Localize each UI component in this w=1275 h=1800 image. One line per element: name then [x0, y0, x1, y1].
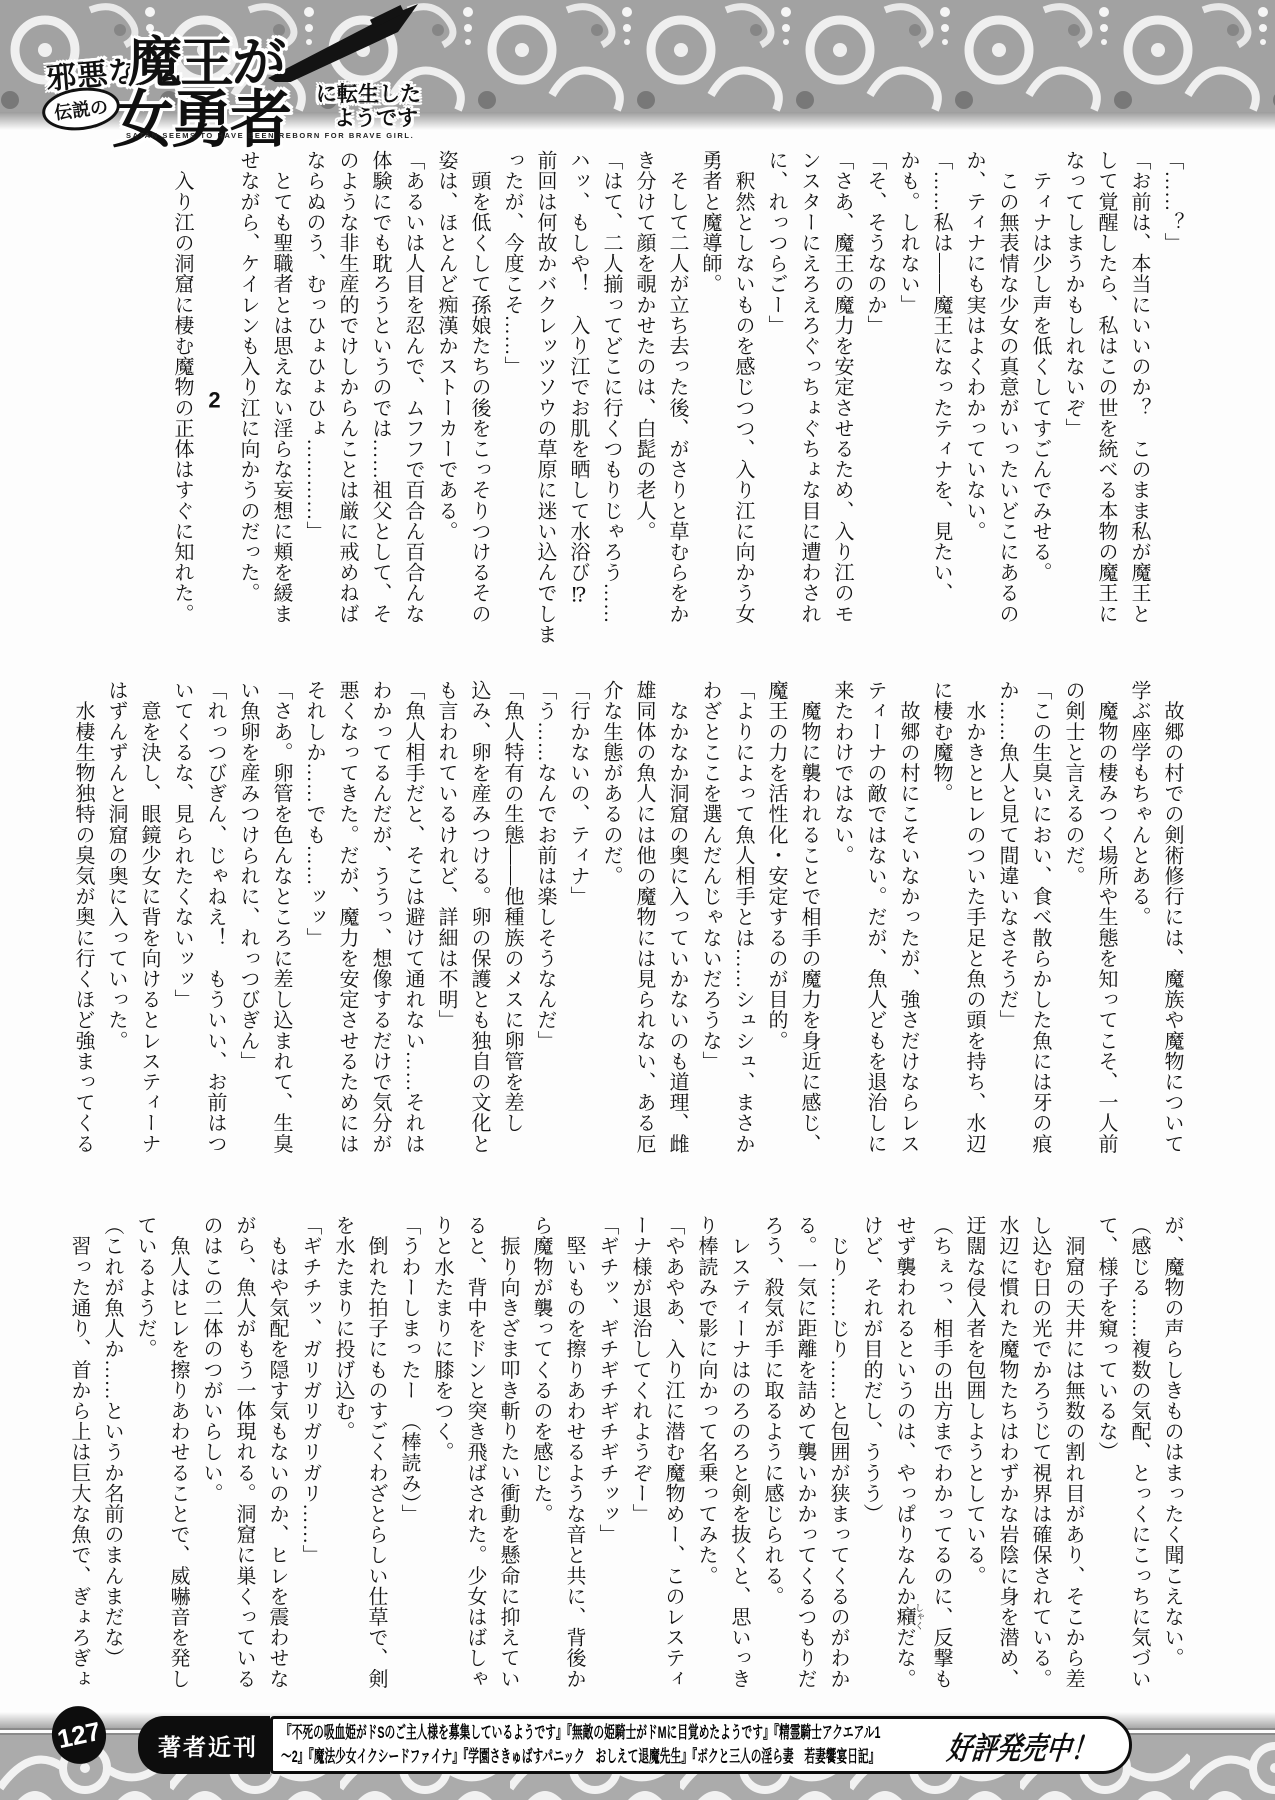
text-column: ティーナの敵ではない。だが、魚人どもを退治しに	[858, 680, 891, 1180]
text-column: 勇者と魔導師。	[693, 150, 726, 650]
text-column: 「この生臭いにおい、食べ散らかした魚には牙の痕	[1023, 680, 1056, 1180]
text-column: かも。しれない」	[891, 150, 924, 650]
text-column: か、ティナにも実はよくわかっていない。	[957, 150, 990, 650]
text-column: き分けて顔を覗かせたのは、白髭の老人。	[627, 150, 660, 650]
text-column: 「あるいは人目を忍んで、ムフフで百合ん百合んな	[396, 150, 429, 650]
text-column: 魔王の力を活性化・安定するのが目的。	[759, 680, 792, 1180]
text-band-1: 「……？」「お前は、本当にいいのか？ このまま私が魔王として覚醒したら、私はこの…	[165, 150, 1188, 650]
text-column: 「はて、二人揃ってどこに行くつもりじゃろう……	[594, 150, 627, 650]
text-column: いてくるな、見られたくないッッ」	[165, 680, 198, 1180]
text-column: か……魚人と見て間違いなさそうだ」	[990, 680, 1023, 1180]
text-column: ティナは少し声を低くしてすごんでみせる。	[1023, 150, 1056, 650]
text-column: 悪くなってきた。だが、魔力を安定させるためには	[330, 680, 363, 1180]
text-column: 習った通り、首から上は巨大な魚で、ぎょろぎょ	[62, 1215, 95, 1703]
text-column: 「行かないの、ティナ」	[561, 680, 594, 1180]
text-column: 「……？」	[1155, 150, 1188, 650]
text-column: のような非生産的でけしからんことは厳に戒めねば	[330, 150, 363, 650]
text-column: に棲む魔物。	[924, 680, 957, 1180]
ad-line-2: ～2』『魔法少女イクシードファイナ』『学園さきゅばすパニック おしえて退魔先生』…	[281, 1745, 689, 1769]
text-column: 「れっつびぎん、じゃねえ！ もういい、お前はつ	[198, 680, 231, 1180]
text-column: ろう、殺気が手に取るように感じられる。	[755, 1215, 788, 1703]
text-column: 「やあやあ、入り江に潜む魔物めー、このレスティ	[656, 1215, 689, 1703]
text-column: わかってるんだが、ううっ、想像するだけで気分が	[363, 680, 396, 1180]
text-column: も言われているけれど、詳細は不明」	[429, 680, 462, 1180]
text-column: なかなか洞窟の奥に入っていかないのも道理、雌	[660, 680, 693, 1180]
text-column: ら魔物が襲ってくるのを感じた。	[524, 1215, 557, 1703]
ad-lines: 『不死の吸血姫がドSのご主人様を募集しているようです』『無敵の姫騎士がドMに目覚…	[281, 1721, 929, 1769]
text-column: 学ぶ座学もちゃんとある。	[1122, 680, 1155, 1180]
text-column: ハッ、もしや！ 入り江でお肌を晒して水浴び⁉	[561, 150, 594, 650]
text-column: り棒読みで影に向かって名乗ってみた。	[689, 1215, 722, 1703]
text-column: 「魚人特有の生態――他種族のメスに卵管を差し	[495, 680, 528, 1180]
text-column: はずんずんと洞窟の奥に入っていった。	[99, 680, 132, 1180]
text-column: 「ギチチッ、ガリガリガリガリ……」	[293, 1215, 326, 1703]
text-column: し込む日の光でかろうじて視界は確保されている。	[1023, 1215, 1056, 1703]
text-column: とても聖職者とは思えない淫らな妄想に頬を緩ま	[264, 150, 297, 650]
text-column: わざとここを選んだんじゃないだろうな」	[693, 680, 726, 1180]
logo-subtitle-en: SATAN SEEMS TO HAVE BEEN REBORN FOR BRAV…	[126, 131, 414, 140]
text-column: 「……私は――魔王になったティナを、見たい、	[924, 150, 957, 650]
text-column: 魚人はヒレを擦りあわせることで、威嚇音を発し	[161, 1215, 194, 1703]
text-column: ンスターにえろえろぐっちょぐちょな目に遭わされ	[792, 150, 825, 650]
text-column: 「さあ、魔王の魔力を安定させるため、入り江のモ	[825, 150, 858, 650]
text-column: ーナ様が退治してくれようぞー」	[623, 1215, 656, 1703]
text-column: 込み、卵を産みつける。卵の保護とも独自の文化と	[462, 680, 495, 1180]
text-column: 前回は何故かバクレッツソウの草原に迷い込んでしま	[528, 150, 561, 650]
ad-line-1: 『不死の吸血姫がドSのご主人様を募集しているようです』『無敵の姫騎士がドMに目覚…	[281, 1721, 689, 1745]
text-column: もはや気配を隠す気もないのか、ヒレを震わせな	[260, 1215, 293, 1703]
text-column: て、様子を窺っているな）	[1089, 1215, 1122, 1703]
text-column: レスティーナはのろのろと剣を抜くと、思いっき	[722, 1215, 755, 1703]
text-band-3: が、魔物の声らしきものはまったく聞こえない。（感じる……複数の気配、とっくにこっ…	[62, 1215, 1188, 1703]
text-column: 頭を低くして孫娘たちの後をこっそりつけるその	[462, 150, 495, 650]
text-column: 「そ、そうなのか」	[858, 150, 891, 650]
series-logo: 邪悪な 魔王が 伝説の 女勇者 に転生した ようです SATAN SEEMS T…	[16, 0, 446, 140]
text-column: 魔物の棲みつく場所や生態を知ってこそ、一人前	[1089, 680, 1122, 1180]
text-column: （これが魚人か……というか名前のまんまだな）	[95, 1215, 128, 1703]
text-column: 「魚人相手だと、そこは避けて通れない……それは	[396, 680, 429, 1180]
text-column: 意を決し、眼鏡少女に背を向けるとレスティーナ	[132, 680, 165, 1180]
text-column: 「ギチッ、ギチギチギチギチッッ」	[590, 1215, 623, 1703]
text-column: 「うわーしまったー （棒読み）」	[392, 1215, 425, 1703]
text-column: 振り向きざま叩き斬りたい衝動を懸命に抑えてい	[491, 1215, 524, 1703]
text-column: なってしまうかもしれないぞ」	[1056, 150, 1089, 650]
text-column: 釈然としないものを感じつつ、入り江に向かう女	[726, 150, 759, 650]
text-column: 雄同体の魚人には他の魔物には見られない、ある厄	[627, 680, 660, 1180]
author-works-label: 著者近刊	[138, 1716, 270, 1774]
text-column: 「よりによって魚人相手とは……シュシュ、まさか	[726, 680, 759, 1180]
author-works-ad-box: 『不死の吸血姫がドSのご主人様を募集しているようです』『無敵の姫騎士がドMに目覚…	[270, 1716, 1132, 1774]
text-column: して覚醒したら、私はこの世を統べる本物の魔王に	[1089, 150, 1122, 650]
text-column: 「お前は、本当にいいのか？ このまま私が魔王と	[1122, 150, 1155, 650]
text-column: 水かきとヒレのついた手足と魚の頭を持ち、水辺	[957, 680, 990, 1180]
text-column: 倒れた拍子にものすごくわざとらしい仕草で、剣	[359, 1215, 392, 1703]
text-column: せず襲われるというのは、やっぱりなんか癪しゃくだな。	[887, 1215, 924, 1703]
text-column: 故郷の村での剣術修行には、魔族や魔物について	[1155, 680, 1188, 1180]
text-column: い魚卵を産みつけられに、れっつびぎん」	[231, 680, 264, 1180]
text-column: 「う……なんでお前は楽しそうなんだ」	[528, 680, 561, 1180]
text-column: それしか……でも……ッッ」	[297, 680, 330, 1180]
text-column: 迂闊な侵入者を包囲しようとしている。	[957, 1215, 990, 1703]
on-sale-badge: 好評発売中！	[945, 1723, 1099, 1768]
text-column: せながら、ケイレンも入り江に向かうのだった。	[231, 150, 264, 650]
text-column: がら、魚人がもう一体現れる。洞窟に巣くっている	[227, 1215, 260, 1703]
text-column: 入り江の洞窟に棲む魔物の正体はすぐに知れた。	[165, 150, 198, 650]
text-column: 体験にでも耽ろうというのでは……祖父として、そ	[363, 150, 396, 650]
logo-suffix-2: ようです	[334, 102, 418, 132]
text-column: 故郷の村にこそいなかったが、強さだけならレス	[891, 680, 924, 1180]
text-column: る。一気に距離を詰めて襲いかかってくるつもりだ	[788, 1215, 821, 1703]
text-column: この無表情な少女の真意がいったいどこにあるの	[990, 150, 1023, 650]
text-column: 魔物に襲われることで相手の魔力を身近に感じ、	[792, 680, 825, 1180]
text-column: 姿は、ほとんど痴漢かストーカーである。	[429, 150, 462, 650]
text-column: りと水たまりに膝をつく。	[425, 1215, 458, 1703]
text-column: ったが、今度こそ……」	[495, 150, 528, 650]
text-column: （感じる……複数の気配、とっくにこっちに気づい	[1122, 1215, 1155, 1703]
text-band-2: 故郷の村での剣術修行には、魔族や魔物について学ぶ座学もちゃんとある。 魔物の棲み…	[66, 680, 1188, 1180]
text-column: 介な生態があるのだ。	[594, 680, 627, 1180]
text-column: のはこの二体のつがいらしい。	[194, 1215, 227, 1703]
book-page: 邪悪な 魔王が 伝説の 女勇者 に転生した ようです SATAN SEEMS T…	[0, 0, 1275, 1800]
text-column: 「さあ。卵管を色んなところに差し込まれて、生臭	[264, 680, 297, 1180]
text-column: ているようだ。	[128, 1215, 161, 1703]
text-column: 水辺に慣れた魔物たちはわずかな岩陰に身を潜め、	[990, 1215, 1023, 1703]
text-column: に、れっつらごー」	[759, 150, 792, 650]
text-column: 洞窟の天井には無数の割れ目があり、そこから差	[1056, 1215, 1089, 1703]
text-column: 水棲生物独特の臭気が奥に行くほど強まってくる	[66, 680, 99, 1180]
text-column: を水たまりに投げ込む。	[326, 1215, 359, 1703]
logo-line2-main: 女勇者	[112, 70, 289, 159]
text-column: （ちぇっ、相手の出方までわかってるのに、反撃も	[924, 1215, 957, 1703]
text-column: 来たわけではない。	[825, 680, 858, 1180]
text-column: ると、背中をドンと突き飛ばされた。少女はばしゃ	[458, 1215, 491, 1703]
text-column: が、魔物の声らしきものはまったく聞こえない。	[1155, 1215, 1188, 1703]
sword-icon	[266, 2, 436, 82]
text-column: じり……じり……と包囲が狭まってくるのがわか	[821, 1215, 854, 1703]
section-number: 2	[198, 150, 231, 650]
text-column: 堅いものを擦りあわせるような音と共に、背後か	[557, 1215, 590, 1703]
author-works-strip: 著者近刊 『不死の吸血姫がドSのご主人様を募集しているようです』『無敵の姫騎士が…	[138, 1716, 1132, 1774]
text-column: ならぬのう、むっひょひょひょ…………」	[297, 150, 330, 650]
text-column: けど、それが目的だし、ううう）	[854, 1215, 887, 1703]
text-column: そして二人が立ち去った後、がさりと草むらをか	[660, 150, 693, 650]
text-column: の剣士と言えるのだ。	[1056, 680, 1089, 1180]
